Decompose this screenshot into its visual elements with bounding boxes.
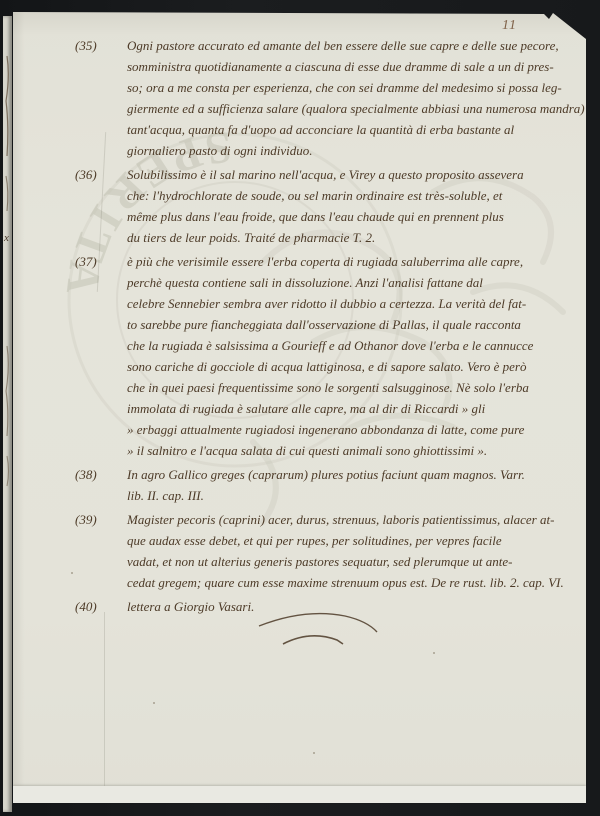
paragraph-number: (40) bbox=[75, 596, 118, 617]
paragraph-lines: è più che verisimile essere l'erba coper… bbox=[127, 251, 583, 461]
paragraph-number: (36) bbox=[75, 164, 118, 248]
pen-flourish bbox=[245, 604, 395, 654]
paragraph: (36) Solubilissimo è il sal marino nell'… bbox=[75, 164, 583, 248]
ink-speck bbox=[153, 702, 155, 704]
bottom-fold-band bbox=[13, 786, 586, 803]
paragraph: (35) Ogni pastore accurato ed amante del… bbox=[75, 35, 583, 161]
paragraph-lines: Magister pecoris (caprini) acer, durus, … bbox=[127, 509, 583, 593]
adjacent-page-edge: x bbox=[3, 16, 12, 812]
paragraph-lines: In agro Gallico greges (caprarum) plures… bbox=[127, 464, 583, 506]
crease-line bbox=[104, 612, 105, 802]
paragraph: (37) è più che verisimile essere l'erba … bbox=[75, 251, 583, 461]
paragraph: (39) Magister pecoris (caprini) acer, du… bbox=[75, 509, 583, 593]
paragraph-number: (39) bbox=[75, 509, 118, 593]
manuscript-paper: SPERITA 11 (35) Ogni pastore accurato ed… bbox=[13, 12, 586, 803]
page-number: 11 bbox=[502, 18, 517, 34]
scanned-manuscript-page: x SPERITA 11 bbox=[0, 0, 600, 816]
manuscript-text: (35) Ogni pastore accurato ed amante del… bbox=[75, 35, 583, 620]
ink-speck bbox=[71, 572, 73, 574]
paragraph-number: (38) bbox=[75, 464, 118, 506]
margin-mark-x: x bbox=[4, 232, 9, 244]
paragraph-lines: Ogni pastore accurato ed amante del ben … bbox=[127, 35, 585, 161]
paragraph-number: (35) bbox=[75, 35, 118, 161]
ink-speck bbox=[433, 652, 435, 654]
paragraph: (38) In agro Gallico greges (caprarum) p… bbox=[75, 464, 583, 506]
adjacent-page-ink-marks bbox=[3, 16, 12, 812]
ink-speck bbox=[313, 752, 315, 754]
paragraph-lines: Solubilissimo è il sal marino nell'acqua… bbox=[127, 164, 583, 248]
